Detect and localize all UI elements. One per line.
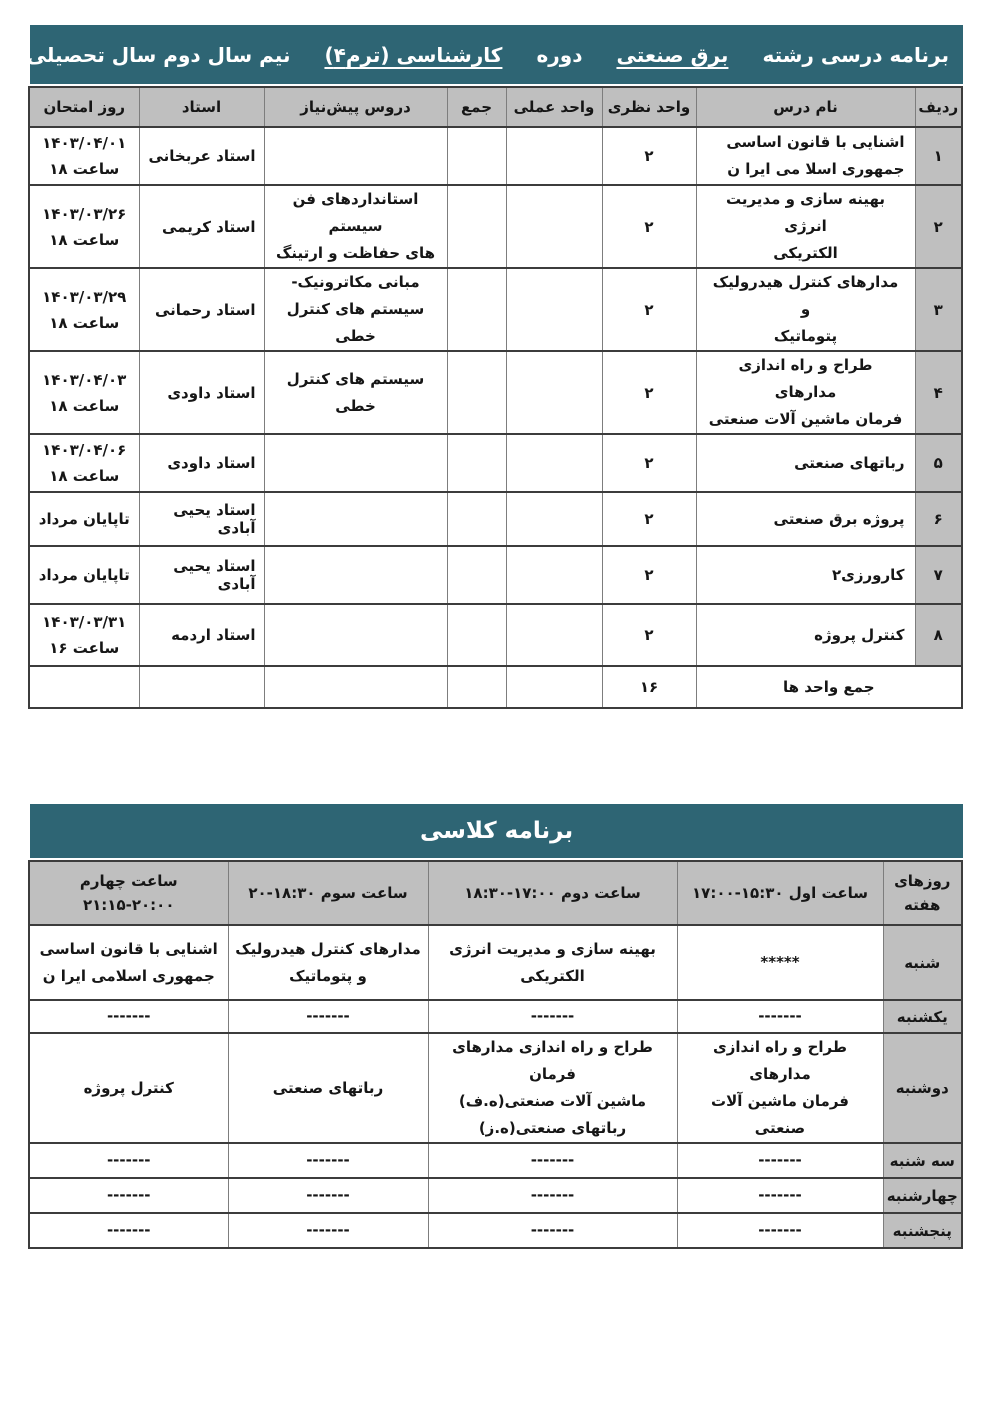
exam-date: تاپایان مرداد (31, 506, 138, 532)
slot-1: ------- (677, 1178, 883, 1213)
header-slot-1: ساعت اول ۱۵:۳۰-۱۷:۰۰ (677, 861, 883, 925)
exam-time: ساعت ۱۸ (31, 463, 138, 489)
prerequisites (264, 434, 447, 492)
teacher: استاد کریمی (139, 185, 264, 268)
header-row-number: ردیف (915, 87, 962, 127)
exam-date: ۱۴۰۳/۰۴/۰۱ (31, 130, 138, 156)
day-name: شنبه (883, 925, 962, 1000)
prerequisites: مبانی مکاترونیک- سیستم های کنترل خطی (264, 268, 447, 351)
teacher: استاد یحیی آبادی (139, 492, 264, 546)
prerequisites: سیستم های کنترل خطی (264, 351, 447, 434)
title-degree-term: کارشناسی (ترم۴) (324, 43, 502, 67)
slot-4: ------- (29, 1000, 228, 1033)
header-weekdays: روزهای هفته (883, 861, 962, 925)
theory-units: ۲ (602, 268, 696, 351)
exam-date: ۱۴۰۳/۰۳/۳۱ (31, 609, 138, 635)
slot-3: ------- (228, 1000, 428, 1033)
total-units (447, 434, 506, 492)
prerequisites (264, 604, 447, 666)
header-exam-day: روز امتحان (29, 87, 139, 127)
header-practical-units: واحد عملی (506, 87, 602, 127)
teacher: استاد عربخانی (139, 127, 264, 185)
row-number: ۱ (915, 127, 962, 185)
course-row: ۳ مدارهای کنترل هیدرولیک و پتوماتیک ۲ مب… (29, 268, 962, 351)
exam-day: تاپایان مرداد (29, 492, 139, 546)
header-course-name: نام درس (696, 87, 915, 127)
course-row: ۶ پروژه برق صنعتی ۲ استاد یحیی آبادی تاپ… (29, 492, 962, 546)
slot-3: رباتهای صنعتی (228, 1033, 428, 1143)
exam-day: تاپایان مرداد (29, 546, 139, 604)
schedule-row-monday: دوشنبه طراح و راه اندازی مدارهای فرمان م… (29, 1033, 962, 1143)
slot-4: ------- (29, 1178, 228, 1213)
slot-3: ------- (228, 1178, 428, 1213)
theory-units: ۲ (602, 492, 696, 546)
schedule-title-banner: برنامه کلاسی (30, 804, 963, 858)
day-name: چهارشنبه (883, 1178, 962, 1213)
teacher: استاد یحیی آبادی (139, 546, 264, 604)
total-units (447, 604, 506, 666)
practical-units (506, 185, 602, 268)
exam-date: ۱۴۰۳/۰۴/۰۳ (31, 367, 138, 393)
total-units (447, 492, 506, 546)
header-teacher: استاد (139, 87, 264, 127)
day-name: سه شنبه (883, 1143, 962, 1178)
schedule-table: روزهای هفته ساعت اول ۱۵:۳۰-۱۷:۰۰ ساعت دو… (28, 860, 963, 1249)
day-name: یکشنبه (883, 1000, 962, 1033)
schedule-header-row: روزهای هفته ساعت اول ۱۵:۳۰-۱۷:۰۰ ساعت دو… (29, 861, 962, 925)
exam-day: ۱۴۰۳/۰۳/۲۶ ساعت ۱۸ (29, 185, 139, 268)
slot-4: ------- (29, 1213, 228, 1248)
exam-day: ۱۴۰۳/۰۳/۳۱ ساعت ۱۶ (29, 604, 139, 666)
exam-date: تاپایان مرداد (31, 562, 138, 588)
exam-date: ۱۴۰۳/۰۳/۲۹ (31, 284, 138, 310)
teacher: استاد داودی (139, 351, 264, 434)
slot-1: طراح و راه اندازی مدارهای فرمان ماشین آل… (677, 1033, 883, 1143)
prerequisites: استانداردهای فن سیستم های حفاظت و ارتینگ (264, 185, 447, 268)
theory-units: ۲ (602, 351, 696, 434)
slot-4: کنترل پروژه (29, 1033, 228, 1143)
exam-time: ساعت ۱۸ (31, 227, 138, 253)
row-number: ۴ (915, 351, 962, 434)
empty-cell (29, 666, 139, 708)
document-page: برنامه درسی رشته برق صنعتی دوره کارشناسی… (0, 0, 992, 1404)
schedule-row-wednesday: چهارشنبه ------- ------- ------- ------- (29, 1178, 962, 1213)
course-name: مدارهای کنترل هیدرولیک و پتوماتیک (696, 268, 915, 351)
prerequisites (264, 492, 447, 546)
row-number: ۶ (915, 492, 962, 546)
course-row: ۱ اشنایی با قانون اساسی جمهوری اسلا می ا… (29, 127, 962, 185)
slot-3: ------- (228, 1213, 428, 1248)
exam-day: ۱۴۰۳/۰۴/۰۳ ساعت ۱۸ (29, 351, 139, 434)
row-number: ۵ (915, 434, 962, 492)
course-table-footer-row: جمع واحد ها ۱۶ (29, 666, 962, 708)
slot-2: بهینه سازی و مدیریت انرژی الکتریکی (428, 925, 677, 1000)
slot-1: ------- (677, 1143, 883, 1178)
total-units (447, 127, 506, 185)
course-name: طراح و راه اندازی مدارهای فرمان ماشین آل… (696, 351, 915, 434)
day-name: دوشنبه (883, 1033, 962, 1143)
exam-time: ساعت ۱۸ (31, 156, 138, 182)
slot-2: ------- (428, 1143, 677, 1178)
empty-cell (264, 666, 447, 708)
slot-4: اشنایی با قانون اساسی جمهوری اسلامی ایرا… (29, 925, 228, 1000)
exam-time: ساعت ۱۶ (31, 635, 138, 661)
course-table-header-row: ردیف نام درس واحد نظری واحد عملی جمع درو… (29, 87, 962, 127)
practical-units (506, 351, 602, 434)
schedule-row-thursday: پنجشنبه ------- ------- ------- ------- (29, 1213, 962, 1248)
header-slot-4: ساعت چهارم ۲۰:۰۰-۲۱:۱۵ (29, 861, 228, 925)
course-row: ۸ کنترل پروژه ۲ استاد اردمه ۱۴۰۳/۰۳/۳۱ س… (29, 604, 962, 666)
total-units (447, 185, 506, 268)
schedule-row-sunday: یکشنبه ------- ------- ------- ------- (29, 1000, 962, 1033)
slot-1: ------- (677, 1000, 883, 1033)
slot-4: ------- (29, 1143, 228, 1178)
practical-units (506, 604, 602, 666)
slot-2: ------- (428, 1000, 677, 1033)
slot-3: مدارهای کنترل هیدرولیک و پتوماتیک (228, 925, 428, 1000)
teacher: استاد اردمه (139, 604, 264, 666)
row-number: ۸ (915, 604, 962, 666)
empty-cell (447, 666, 506, 708)
section-gap (30, 709, 963, 804)
title-major-name: برق صنعتی (616, 43, 728, 67)
exam-day: ۱۴۰۳/۰۴/۰۱ ساعت ۱۸ (29, 127, 139, 185)
course-name: کنترل پروژه (696, 604, 915, 666)
course-table-title-banner: برنامه درسی رشته برق صنعتی دوره کارشناسی… (30, 25, 963, 84)
theory-units: ۲ (602, 434, 696, 492)
empty-cell (506, 666, 602, 708)
header-total-units: جمع (447, 87, 506, 127)
course-row: ۴ طراح و راه اندازی مدارهای فرمان ماشین … (29, 351, 962, 434)
slot-2: ------- (428, 1213, 677, 1248)
total-units (447, 546, 506, 604)
course-name: بهینه سازی و مدیریت انرژی الکتریکی (696, 185, 915, 268)
course-table: ردیف نام درس واحد نظری واحد عملی جمع درو… (28, 86, 963, 709)
slot-2: طراح و راه اندازی مدارهای فرمان ماشین آل… (428, 1033, 677, 1143)
exam-date: ۱۴۰۳/۰۳/۲۶ (31, 201, 138, 227)
schedule-title: برنامه کلاسی (420, 818, 573, 844)
teacher: استاد داودی (139, 434, 264, 492)
theory-units: ۲ (602, 185, 696, 268)
course-row: ۷ کارورزی۲ ۲ استاد یحیی آبادی تاپایان مر… (29, 546, 962, 604)
practical-units (506, 492, 602, 546)
day-name: پنجشنبه (883, 1213, 962, 1248)
course-name: پروژه برق صنعتی (696, 492, 915, 546)
theory-units: ۲ (602, 127, 696, 185)
slot-2: ------- (428, 1178, 677, 1213)
prerequisites (264, 127, 447, 185)
course-name: اشنایی با قانون اساسی جمهوری اسلا می ایر… (696, 127, 915, 185)
course-row: ۲ بهینه سازی و مدیریت انرژی الکتریکی ۲ ا… (29, 185, 962, 268)
title-program-label: برنامه درسی رشته (762, 43, 949, 67)
total-units (447, 268, 506, 351)
theory-units: ۲ (602, 604, 696, 666)
course-name: کارورزی۲ (696, 546, 915, 604)
header-slot-3: ساعت سوم ۱۸:۳۰-۲۰ (228, 861, 428, 925)
header-slot-2: ساعت دوم ۱۷:۰۰-۱۸:۳۰ (428, 861, 677, 925)
practical-units (506, 268, 602, 351)
practical-units (506, 127, 602, 185)
empty-cell (139, 666, 264, 708)
header-prerequisites: دروس پیش‌نیاز (264, 87, 447, 127)
row-number: ۲ (915, 185, 962, 268)
course-name: رباتهای صنعتی (696, 434, 915, 492)
header-theory-units: واحد نظری (602, 87, 696, 127)
total-units-label: جمع واحد ها (696, 666, 962, 708)
exam-time: ساعت ۱۸ (31, 393, 138, 419)
prerequisites (264, 546, 447, 604)
exam-date: ۱۴۰۳/۰۴/۰۶ (31, 437, 138, 463)
course-row: ۵ رباتهای صنعتی ۲ استاد داودی ۱۴۰۳/۰۴/۰۶… (29, 434, 962, 492)
practical-units (506, 434, 602, 492)
slot-1: ***** (677, 925, 883, 1000)
row-number: ۷ (915, 546, 962, 604)
total-units-value: ۱۶ (602, 666, 696, 708)
title-degree-label: دوره (536, 43, 582, 67)
theory-units: ۲ (602, 546, 696, 604)
exam-time: ساعت ۱۸ (31, 310, 138, 336)
slot-3: ------- (228, 1143, 428, 1178)
slot-1: ------- (677, 1213, 883, 1248)
total-units (447, 351, 506, 434)
exam-day: ۱۴۰۳/۰۳/۲۹ ساعت ۱۸ (29, 268, 139, 351)
title-semester-year: نیم سال دوم سال تحصیلی ۱۴۰۳- ۱۴۰۲ (0, 43, 290, 67)
row-number: ۳ (915, 268, 962, 351)
practical-units (506, 546, 602, 604)
page-content: برنامه درسی رشته برق صنعتی دوره کارشناسی… (0, 0, 992, 1249)
schedule-row-saturday: شنبه ***** بهینه سازی و مدیریت انرژی الک… (29, 925, 962, 1000)
exam-day: ۱۴۰۳/۰۴/۰۶ ساعت ۱۸ (29, 434, 139, 492)
schedule-row-tuesday: سه شنبه ------- ------- ------- ------- (29, 1143, 962, 1178)
teacher: استاد رحمانی (139, 268, 264, 351)
